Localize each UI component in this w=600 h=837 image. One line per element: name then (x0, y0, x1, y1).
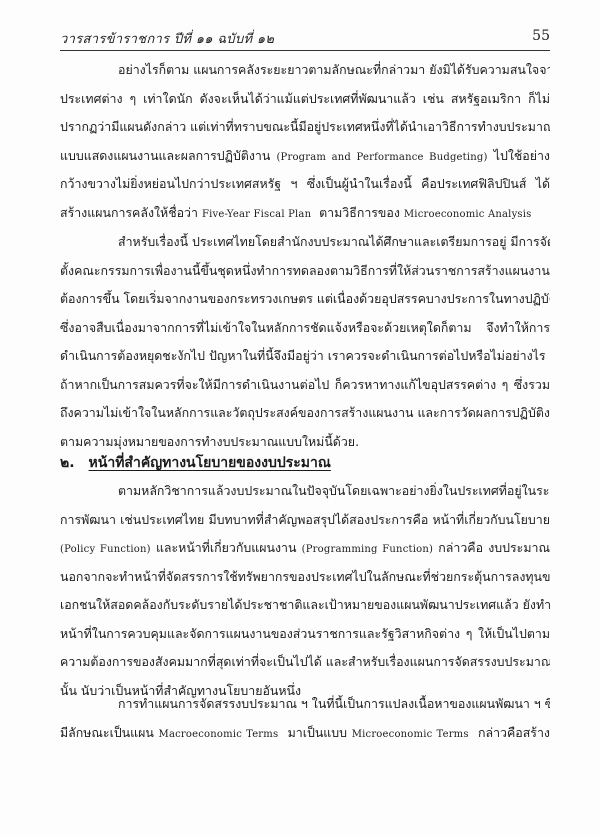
text-segment: และหน้าที่เกี่ยวกับแผนงาน (156, 540, 297, 555)
header-rule (60, 50, 550, 51)
text-line: กว้างขวางไม่ยิ่งหย่อนไปกว่าประเทศสหรัฐ ฯ… (60, 170, 550, 199)
latin-term: Five-Year Fiscal Plan (202, 209, 311, 220)
latin-term: (Program and Performance Budgeting) (276, 152, 487, 163)
text-line: สร้างแผนการคลังให้ชื่อว่า Five-Year Fisc… (60, 199, 550, 228)
paragraph-2: สำหรับเรื่องนี้ ประเทศไทยโดยสำนักงบประมา… (60, 228, 550, 456)
text-line: แบบแสดงแผนงานและผลการปฏิบัติงาน (Program… (60, 142, 550, 171)
text-segment: กล่าวคือสร้าง (478, 725, 550, 740)
section-title: หน้าที่สำคัญทางนโยบายของงบประมาณ (89, 455, 331, 471)
latin-term: Microeconomic Terms (352, 729, 469, 740)
text-line: มีลักษณะเป็นแผน Macroeconomic Terms มาเป… (60, 719, 550, 748)
text-line: อย่างไรก็ตาม แผนการคลังระยะยาวตามลักษณะท… (60, 56, 550, 85)
text-line: สำหรับเรื่องนี้ ประเทศไทยโดยสำนักงบประมา… (60, 228, 550, 257)
text-line: (Policy Function) และหน้าที่เกี่ยวกับแผน… (60, 534, 550, 563)
section-number: ๒. (60, 452, 75, 474)
text-line: หน้าที่ในการควบคุมและจัดการแผนงานของส่วน… (60, 620, 550, 649)
text-segment: ไปใช้อย่าง (494, 148, 550, 163)
latin-term: Microeconomic Analysis (404, 209, 532, 220)
text-line: ตั้งคณะกรรมการเพื่องานนี้ขึ้นชุดหนึ่งทำก… (60, 257, 550, 286)
text-line: ดำเนินการต้องหยุดชะงักไป ปัญหาในที่นี้จึ… (60, 342, 550, 371)
text-segment: กล่าวคือ งบประมาณ (438, 540, 550, 555)
text-line: ซึ่งอาจสืบเนื่องมาจากการที่ไม่เข้าใจในหล… (60, 314, 550, 343)
text-line: ประเทศต่าง ๆ เท่าใดนัก ดังจะเห็นได้ว่าแม… (60, 85, 550, 114)
text-line: การทำแผนการจัดสรรงบประมาณ ฯ ในที่นี้เป็น… (60, 690, 550, 719)
text-line: ตามหลักวิชาการแล้วงบประมาณในปัจจุบันโดยเ… (60, 477, 550, 506)
text-segment: สร้างแผนการคลังให้ชื่อว่า (60, 205, 198, 220)
text-segment: มาเป็นแบบ (288, 725, 347, 740)
text-line: ความต้องการของสังคมมากที่สุดเท่าที่จะเป็… (60, 648, 550, 677)
text-line: ปรากฏว่ามีแผนดังกล่าว แต่เท่าที่ทราบขณะน… (60, 113, 550, 142)
text-segment: มีลักษณะเป็นแผน (60, 725, 154, 740)
text-line: ต้องการขึ้น โดยเริ่มจากงานของกระทรวงเกษต… (60, 285, 550, 314)
section-heading: ๒.หน้าที่สำคัญทางนโยบายของงบประมาณ (60, 452, 331, 474)
latin-term: (Programming Function) (302, 544, 433, 555)
text-line: ถ้าหากเป็นการสมควรที่จะให้มีการดำเนินงาน… (60, 371, 550, 400)
text-line: การพัฒนา เช่นประเทศไทย มีบทบาทที่สำคัญพอ… (60, 506, 550, 535)
paragraph-1: อย่างไรก็ตาม แผนการคลังระยะยาวตามลักษณะท… (60, 56, 550, 227)
paragraph-4: การทำแผนการจัดสรรงบประมาณ ฯ ในที่นี้เป็น… (60, 690, 550, 747)
text-segment: แบบแสดงแผนงานและผลการปฏิบัติงาน (60, 148, 270, 163)
page-number: 55 (532, 28, 550, 44)
text-line: เอกชนให้สอดคล้องกับระดับรายได้ประชาชาติแ… (60, 591, 550, 620)
latin-term: Macroeconomic Terms (159, 729, 279, 740)
running-header: วารสารข้าราชการ ปีที่ ๑๑ ฉบับที่ ๑๒ 55 (60, 28, 550, 48)
document-page: วารสารข้าราชการ ปีที่ ๑๑ ฉบับที่ ๑๒ 55 อ… (0, 0, 600, 837)
text-line: ถึงความไม่เข้าใจในหลักการและวัตถุประสงค์… (60, 399, 550, 428)
text-line: นอกจากจะทำหน้าที่จัดสรรการใช้ทรัพยากรของ… (60, 563, 550, 592)
latin-term: (Policy Function) (60, 544, 151, 555)
paragraph-3: ตามหลักวิชาการแล้วงบประมาณในปัจจุบันโดยเ… (60, 477, 550, 705)
text-segment: ตามวิธีการของ (319, 205, 400, 220)
journal-title: วารสารข้าราชการ ปีที่ ๑๑ ฉบับที่ ๑๒ (60, 28, 274, 49)
